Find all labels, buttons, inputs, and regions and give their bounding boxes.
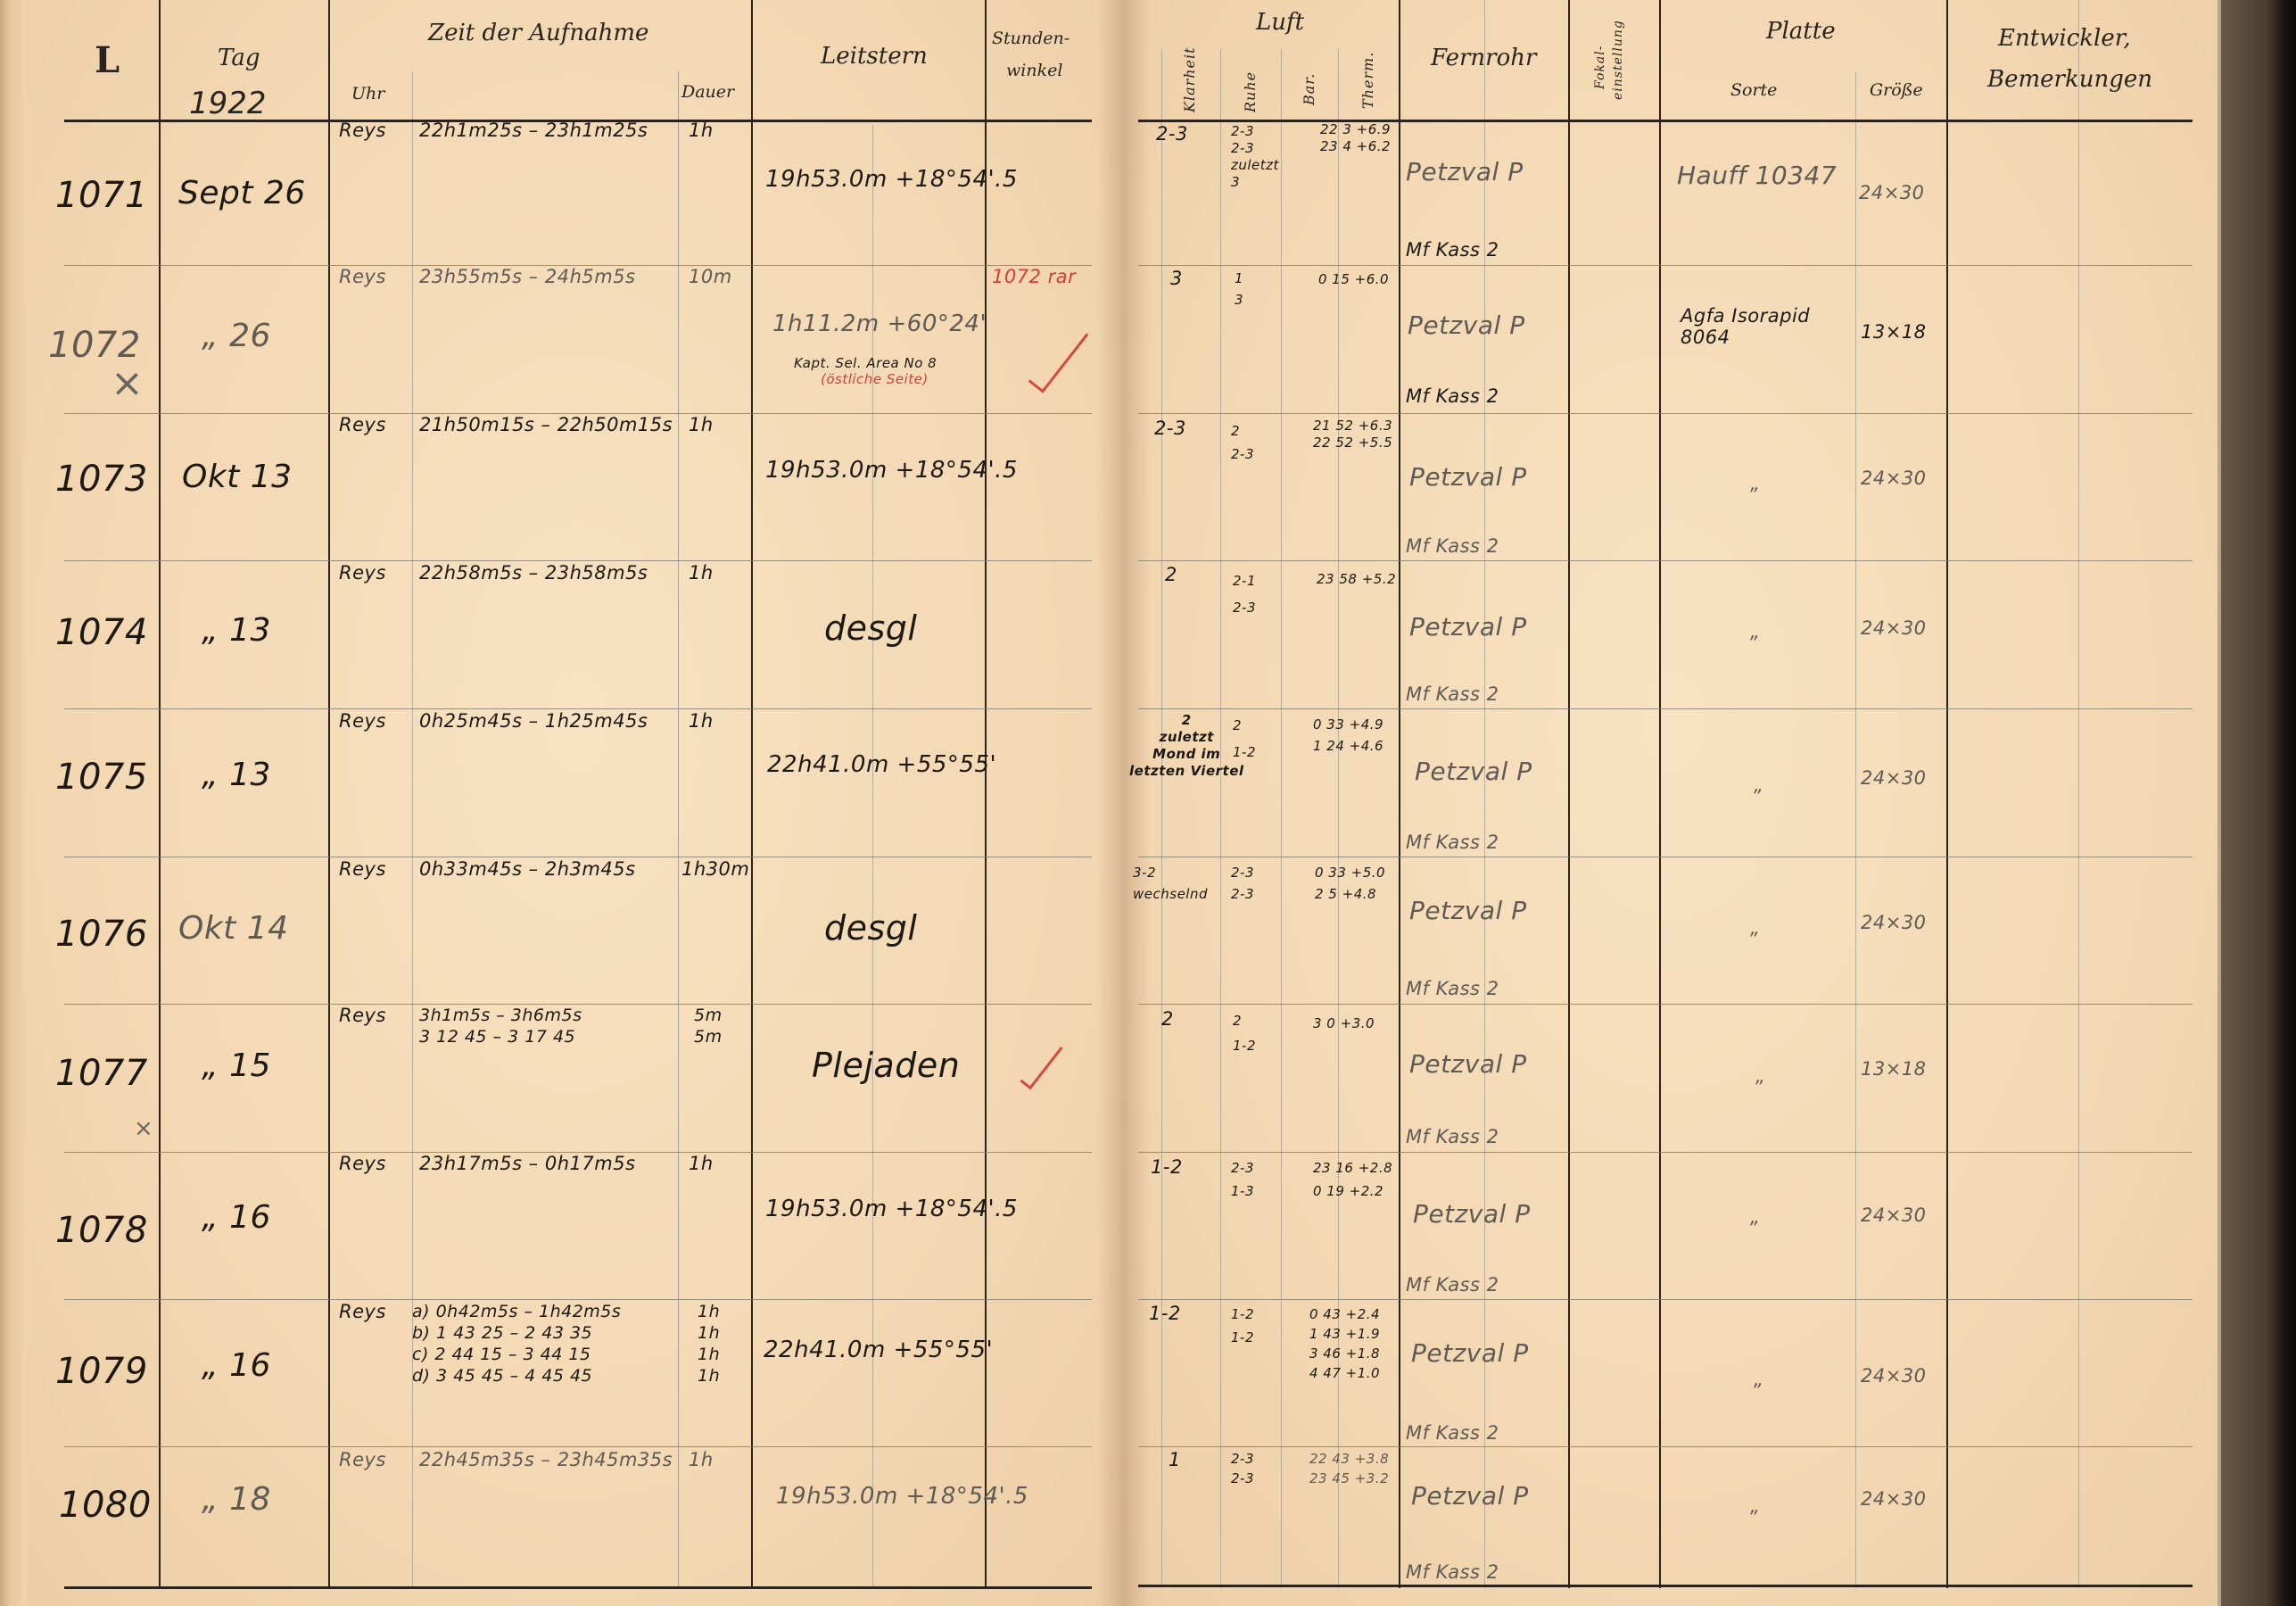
entry-telescope-note: Mf Kass 2 (1406, 1274, 1499, 1296)
entry-duration: 1h (689, 562, 714, 584)
entry-day: Okt 13 (182, 459, 293, 495)
col-divider-sorte-groesse (1855, 71, 1856, 1588)
header-entwickler: Entwickler, (1998, 25, 2131, 52)
entry-therm: 0 33 +5.0 2 5 +4.8 (1315, 862, 1385, 905)
entry-plate-type: Agfa Isorapid 8064 (1681, 305, 1841, 348)
entry-number: 1073 (55, 459, 148, 500)
entry-plate-size: 24×30 (1861, 767, 1927, 789)
entry-telescope-note: Mf Kass 2 (1406, 1422, 1499, 1444)
entry-duration: 1h30m (681, 858, 749, 880)
entry-time: 22h1m25s – 23h1m25s (419, 120, 648, 141)
entry-clock: Reys (339, 266, 386, 287)
entry-time: a) 0h42m5s – 1h42m5s b) 1 43 25 – 2 43 3… (412, 1301, 621, 1387)
entry-day: „ 26 (202, 318, 271, 354)
entry-day: Sept 26 (178, 175, 306, 211)
entry-therm: 23 58 +5.2 (1317, 571, 1396, 588)
row-separator (1138, 413, 2193, 414)
entry-time: 22h58m5s – 23h58m5s (419, 562, 648, 584)
entry-plate-type: „ (1750, 1495, 1760, 1517)
entry-ruhe: 2-3 2-3 (1231, 862, 1254, 905)
entry-time: 0h25m45s – 1h25m45s (419, 710, 648, 732)
header-therm: Therm. (1359, 52, 1376, 109)
col-divider-l-tag (159, 0, 161, 1588)
entry-ruhe: 2-1 2-3 (1233, 567, 1256, 621)
header-platte: Platte (1766, 18, 1836, 45)
entry-number: 1078 (55, 1210, 148, 1251)
entry-number: 1077 (55, 1053, 148, 1094)
entry-plate-type: „ (1750, 621, 1760, 642)
header-fokal: Fokal- (1593, 46, 1607, 89)
entry-day: „ 15 (202, 1047, 271, 1084)
entry-clock: Reys (339, 858, 386, 880)
entry-telescope: Petzval P (1409, 462, 1527, 492)
header-winkel: winkel (1006, 61, 1062, 80)
row-separator (64, 1299, 1092, 1300)
entry-time: 23h55m5s – 24h5m5s (419, 266, 636, 287)
entry-guide-star: 1h11.2m +60°24' (772, 310, 987, 337)
entry-clock: Reys (339, 414, 386, 435)
entry-day: „ 16 (202, 1347, 271, 1384)
col-divider-platte-bemerk (1946, 0, 1948, 1588)
entry-clock: Reys (339, 710, 386, 732)
entry-klarheit: 1-2 (1151, 1156, 1183, 1178)
entry-duration: 1h (689, 1153, 714, 1174)
entry-guide-star: 19h53.0m +18°54'.5 (765, 1196, 1018, 1222)
row-separator (1138, 708, 2193, 709)
header-tag: Tag (218, 45, 260, 71)
entry-klarheit: 2 (1165, 564, 1177, 585)
entry-telescope: Petzval P (1409, 612, 1527, 642)
entry-telescope-note: Mf Kass 2 (1406, 385, 1499, 407)
entry-klarheit: 2-3 (1154, 418, 1186, 439)
header-sorte: Sorte (1730, 80, 1777, 100)
entry-day: „ 16 (202, 1199, 271, 1236)
x-mark: × (111, 360, 144, 406)
entry-number: 1080 (59, 1485, 152, 1526)
entry-guide-star: 22h41.0m +55°55' (764, 1337, 993, 1363)
entry-therm: 22 3 +6.9 23 4 +6.2 (1320, 121, 1391, 155)
entry-guide-star: 19h53.0m +18°54'.5 (776, 1483, 1028, 1510)
book-binding (2221, 0, 2296, 1606)
entry-duration: 1h (689, 1449, 714, 1470)
row-separator (64, 1446, 1092, 1447)
entry-plate-size: 24×30 (1861, 617, 1927, 639)
header-ruhe: Ruhe (1242, 71, 1259, 112)
entry-guide-star: desgl (824, 608, 917, 648)
row-separator (1138, 560, 2193, 561)
header-dauer: Dauer (681, 82, 734, 102)
entry-plate-type: „ (1750, 473, 1760, 494)
entry-therm: 0 15 +6.0 (1318, 271, 1389, 288)
entry-number: 1079 (55, 1351, 148, 1392)
entry-therm: 3 0 +3.0 (1313, 1015, 1375, 1032)
entry-day: „ 13 (202, 757, 271, 793)
entry-ruhe: 2 1-2 (1233, 712, 1256, 766)
footer-rule-left (64, 1586, 1092, 1589)
col-divider-bar (1281, 49, 1282, 1588)
entry-day: „ 18 (202, 1481, 271, 1518)
row-separator (1138, 265, 2193, 266)
entry-plate-type: „ (1750, 1206, 1760, 1228)
entry-klarheit: 1-2 (1149, 1303, 1181, 1324)
page-edge (0, 0, 27, 1606)
entry-telescope-note: Mf Kass 2 (1406, 978, 1499, 999)
header-luft: Luft (1256, 9, 1304, 36)
logbook-spread: L Tag 1922 Zeit der Aufnahme Uhr Dauer L… (0, 0, 2296, 1606)
row-separator (1138, 857, 2193, 857)
footer-rule-right (1138, 1585, 2193, 1587)
right-page (1126, 0, 2221, 1606)
col-divider-fernrohr-fokal (1568, 0, 1570, 1588)
entry-telescope: Petzval P (1415, 757, 1532, 786)
entry-ruhe: 2 1-2 (1233, 1008, 1256, 1058)
entry-guide-star: 19h53.0m +18°54'.5 (765, 166, 1018, 193)
entry-therm: 0 33 +4.9 1 24 +4.6 (1313, 714, 1383, 757)
entry-ruhe: 1-2 1-2 (1231, 1303, 1254, 1349)
header-uhr: Uhr (351, 84, 384, 103)
entry-klarheit: 2-3 (1156, 123, 1188, 145)
entry-telescope: Petzval P (1406, 157, 1524, 186)
entry-telescope-note: Mf Kass 2 (1406, 1126, 1499, 1147)
entry-clock: Reys (339, 120, 386, 141)
header-year: 1922 (189, 86, 267, 121)
entry-telescope: Petzval P (1411, 1481, 1529, 1511)
entry-therm: 23 16 +2.8 0 19 +2.2 (1313, 1156, 1392, 1203)
entry-telescope-note: Mf Kass 2 (1406, 239, 1499, 261)
entry-plate-type: „ (1754, 774, 1763, 796)
col-divider-dauer (678, 71, 679, 1588)
entry-time: 23h17m5s – 0h17m5s (419, 1153, 636, 1174)
entry-ruhe: 2 2-3 (1231, 419, 1254, 466)
entry-duration: 1h 1h 1h 1h (698, 1301, 720, 1387)
entry-duration: 10m (689, 266, 732, 287)
entry-time: 21h50m15s – 22h50m15s (419, 414, 673, 435)
entry-plate-size: 24×30 (1861, 1204, 1927, 1226)
entry-clock: Reys (339, 1449, 386, 1470)
entry-plate-type: Hauff 10347 (1677, 161, 1837, 190)
entry-ruhe: 2-3 2-3 (1231, 1449, 1254, 1488)
row-separator (1138, 1446, 2193, 1447)
entry-number: 1074 (55, 612, 148, 653)
entry-therm: 22 43 +3.8 23 45 +3.2 (1309, 1449, 1389, 1488)
header-einstellung: einstellung (1611, 20, 1625, 100)
col-divider-luft-fernrohr (1399, 0, 1400, 1588)
entry-time: 0h33m45s – 2h3m45s (419, 858, 636, 880)
entry-klarheit: 1 (1169, 1449, 1181, 1470)
header-stunden: Stunden- (992, 29, 1070, 48)
entry-day: „ 13 (202, 612, 271, 649)
row-separator (64, 708, 1092, 709)
entry-guide-note-red: (östliche Seite) (821, 371, 929, 388)
col-divider-fokal-platte (1659, 0, 1661, 1588)
entry-telescope: Petzval P (1409, 1049, 1527, 1079)
header-bemerkungen: Bemerkungen (1987, 66, 2152, 93)
col-divider-bemerk-faint (2078, 0, 2079, 1588)
header-fernrohr: Fernrohr (1431, 45, 1536, 71)
entry-plate-size: 13×18 (1861, 1058, 1927, 1080)
entry-clock: Reys (339, 1005, 386, 1026)
entry-guide-note: Kapt. Sel. Area No 8 (794, 355, 937, 372)
entry-plate-size: 24×30 (1861, 468, 1927, 489)
row-separator (64, 560, 1092, 561)
header-bar: Bar. (1301, 73, 1317, 105)
entry-telescope-note: Mf Kass 2 (1406, 832, 1499, 853)
entry-guide-star: 22h41.0m +55°55' (767, 751, 996, 778)
entry-telescope-note: Mf Kass 2 (1406, 683, 1499, 705)
entry-number: 1071 (55, 175, 148, 216)
col-divider-zeit-leitstern (751, 0, 753, 1588)
col-divider-tag-zeit (328, 0, 330, 1588)
entry-day: Okt 14 (178, 910, 289, 947)
entry-clock: Reys (339, 1153, 386, 1174)
entry-duration: 1h (689, 414, 714, 435)
entry-klarheit: 3 (1170, 268, 1183, 289)
header-zeit: Zeit der Aufnahme (428, 20, 648, 46)
row-separator (1138, 1152, 2193, 1153)
entry-klarheit: 2 (1161, 1008, 1174, 1030)
entry-plate-type: „ (1750, 917, 1760, 939)
entry-number: 1075 (55, 757, 148, 798)
col-divider-klarheit (1161, 49, 1162, 1588)
row-separator (1138, 1004, 2193, 1005)
entry-ruhe: 2-3 2-3 zuletzt 3 (1231, 123, 1279, 191)
entry-duration: 1h (689, 120, 714, 141)
entry-ruhe: 2-3 1-3 (1231, 1156, 1254, 1203)
entry-time: 22h45m35s – 23h45m35s (419, 1449, 673, 1470)
entry-therm: 21 52 +6.3 22 52 +5.5 (1313, 418, 1392, 451)
header-l: L (95, 39, 120, 81)
entry-clock: Reys (339, 1301, 386, 1322)
entry-guide-star: Plejaden (812, 1046, 960, 1085)
entry-klarheit: 2 zuletzt Mond im letzten Viertel (1129, 712, 1244, 780)
entry-telescope: Petzval P (1413, 1199, 1531, 1229)
entry-guide-star: desgl (824, 908, 917, 948)
entry-plate-size: 24×30 (1861, 912, 1927, 933)
entry-plate-size: 24×30 (1861, 1365, 1927, 1387)
entry-plate-size: 24×30 (1859, 182, 1925, 203)
entry-duration: 5m 5m (694, 1005, 723, 1047)
header-groesse: Größe (1870, 80, 1923, 100)
entry-telescope: Petzval P (1409, 896, 1527, 925)
entry-clock: Reys (339, 562, 386, 584)
entry-ruhe: 1 3 (1235, 268, 1243, 310)
entry-telescope: Petzval P (1408, 310, 1525, 340)
entry-number: 1076 (55, 914, 148, 955)
entry-duration: 1h (689, 710, 714, 732)
entry-plate-type: „ (1754, 1369, 1763, 1390)
entry-plate-type: „ (1755, 1065, 1765, 1087)
header-rule-right (1138, 120, 2193, 122)
header-leitstern: Leitstern (821, 43, 928, 70)
x-mark: × (134, 1115, 153, 1142)
entry-telescope-note: Mf Kass 2 (1406, 535, 1499, 557)
header-klarheit: Klarheit (1181, 46, 1198, 112)
row-separator (64, 857, 1092, 857)
entry-klarheit: 3-2 wechselnd (1133, 862, 1208, 905)
entry-plate-size: 24×30 (1861, 1488, 1927, 1510)
entry-therm: 0 43 +2.4 1 43 +1.9 3 46 +1.8 4 47 +1.0 (1309, 1304, 1380, 1383)
entry-plate-size: 13×18 (1861, 321, 1927, 343)
col-divider-ruhe (1220, 49, 1221, 1588)
entry-time: 3h1m5s – 3h6m5s 3 12 45 – 3 17 45 (419, 1005, 582, 1047)
entry-telescope: Petzval P (1411, 1338, 1529, 1368)
entry-guide-star: 19h53.0m +18°54'.5 (765, 457, 1018, 484)
entry-hour-angle: 1072 rar (992, 266, 1076, 287)
row-separator (1138, 1299, 2193, 1300)
entry-telescope-note: Mf Kass 2 (1406, 1561, 1499, 1583)
